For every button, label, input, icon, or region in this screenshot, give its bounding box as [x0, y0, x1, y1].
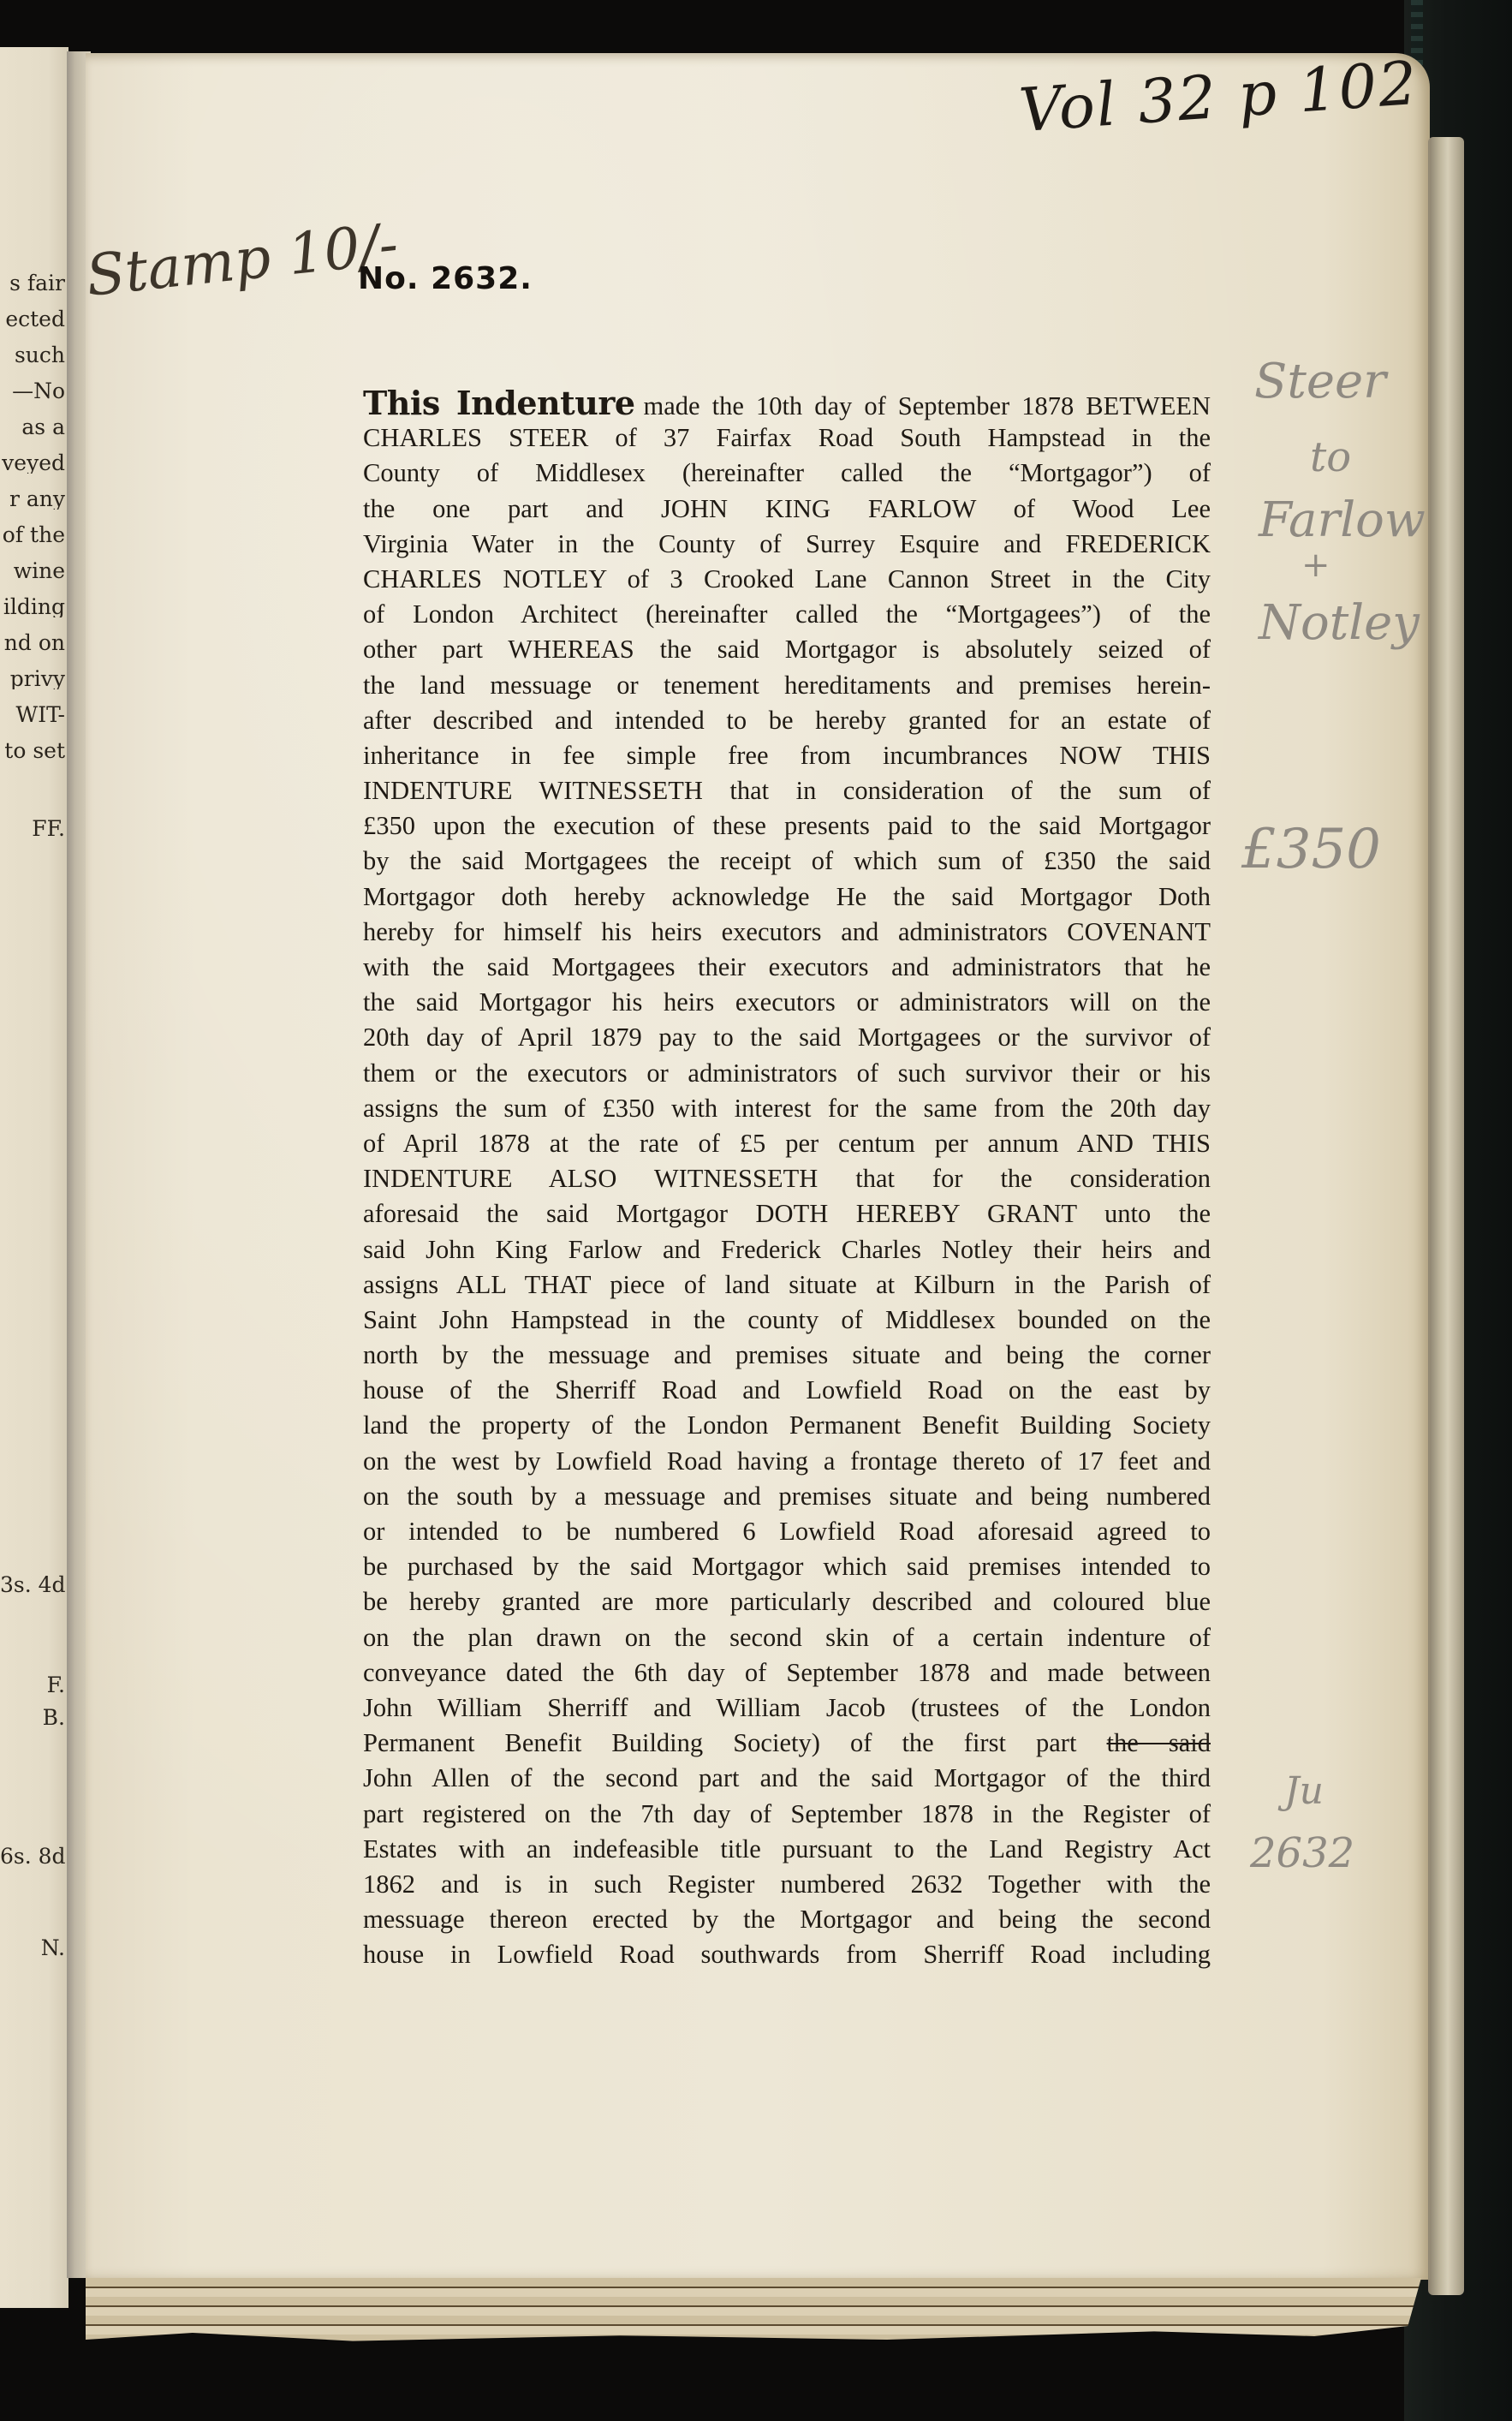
indenture-line: Virginia Water in the County of Surrey E… [363, 527, 1211, 562]
indenture-line: inheritance in fee simple free from incu… [363, 738, 1211, 773]
indenture-line: John William Sherriff and William Jacob … [363, 1691, 1211, 1726]
indenture-line: £350 upon the execution of these present… [363, 808, 1211, 844]
indenture-line: assigns ALL THAT piece of land situate a… [363, 1267, 1211, 1303]
left-page-fragment: WIT- [0, 704, 65, 725]
indenture-line: on the south by a messuage and premises … [363, 1479, 1211, 1514]
indenture-line: 20th day of April 1879 pay to the said M… [363, 1020, 1211, 1055]
indenture-line: house in Lowfield Road southwards from S… [363, 1937, 1211, 1972]
indenture-line: messuage thereon erected by the Mortgago… [363, 1902, 1211, 1937]
indenture-line: conveyance dated the 6th day of Septembe… [363, 1655, 1211, 1691]
indenture-line: CHARLES NOTLEY of 3 Crooked Lane Cannon … [363, 562, 1211, 597]
left-page-fragment: r any [0, 488, 65, 510]
left-page-fragment: —No [0, 380, 65, 402]
indenture-line-1: This Indenturemade the 10th day of Septe… [363, 385, 1211, 420]
left-page-fragment: 3s. 4d. [0, 1574, 65, 1595]
indenture-line: Estates with an indefeasible title pursu… [363, 1832, 1211, 1867]
left-page-fragment: of the [0, 524, 65, 546]
margin-note-register-label: Ju [1284, 1773, 1324, 1810]
indenture-line: said John King Farlow and Frederick Char… [363, 1232, 1211, 1267]
indenture-line: house of the Sherriff Road and Lowfield … [363, 1373, 1211, 1408]
margin-note-steer: Steer [1254, 358, 1386, 406]
left-page-fragment: ilding [0, 596, 65, 617]
indenture-line: Saint John Hampstead in the county of Mi… [363, 1303, 1211, 1338]
indenture-line: 1862 and is in such Register numbered 26… [363, 1867, 1211, 1902]
indenture-line: INDENTURE ALSO WITNESSETH that for the c… [363, 1161, 1211, 1196]
indenture-line: the one part and JOHN KING FARLOW of Woo… [363, 492, 1211, 527]
indenture-body: This Indenturemade the 10th day of Septe… [363, 385, 1211, 1972]
indenture-line: aforesaid the said Mortgagor DOTH HEREBY… [363, 1196, 1211, 1231]
indenture-line: land the property of the London Permanen… [363, 1408, 1211, 1443]
margin-note-to: to [1310, 437, 1351, 478]
margin-note-plus: + [1301, 548, 1330, 582]
margin-note-notley: Notley [1259, 599, 1420, 647]
left-page-fragment: ected [0, 308, 65, 330]
indenture-opening: This Indenture [363, 384, 635, 422]
left-page-fragment: N. [0, 1937, 65, 1959]
indenture-line: County of Middlesex (hereinafter called … [363, 456, 1211, 491]
indenture-line: CHARLES STEER of 37 Fairfax Road South H… [363, 420, 1211, 456]
silk-repair-tape [1428, 137, 1464, 2295]
indenture-line: the said Mortgagor his heirs executors o… [363, 985, 1211, 1020]
indenture-line-with-strikeout: Permanent Benefit Building Society) of t… [363, 1726, 1211, 1761]
indenture-line: other part WHEREAS the said Mortgagor is… [363, 632, 1211, 667]
margin-note-farlow: Farlow [1259, 497, 1426, 545]
indenture-line: be purchased by the said Mortgagor which… [363, 1549, 1211, 1584]
page-stack-edges [86, 2278, 1421, 2346]
indenture-line: the land messuage or tenement hereditame… [363, 668, 1211, 703]
indenture-line: or intended to be numbered 6 Lowfield Ro… [363, 1514, 1211, 1549]
margin-note-amount: £350 [1241, 822, 1381, 877]
indenture-line: by the said Mortgagees the receipt of wh… [363, 844, 1211, 879]
indenture-line: after described and intended to be hereb… [363, 703, 1211, 738]
indenture-line: hereby for himself his heirs executors a… [363, 915, 1211, 950]
left-page-fragment: such [0, 344, 65, 366]
left-page-fragment: B. [0, 1707, 65, 1728]
indenture-line: north by the messuage and premises situa… [363, 1338, 1211, 1373]
left-page-fragment: privy [0, 668, 65, 689]
indenture-line: be hereby granted are more particularly … [363, 1584, 1211, 1619]
left-page-fragment: as a [0, 416, 65, 438]
indenture-line: Mortgagor doth hereby acknowledge He the… [363, 880, 1211, 915]
indenture-line: John Allen of the second part and the sa… [363, 1761, 1211, 1796]
indenture-line: INDENTURE WITNESSETH that in considerati… [363, 773, 1211, 808]
indenture-line: them or the executors or administrators … [363, 1056, 1211, 1091]
indenture-line: of April 1878 at the rate of £5 per cent… [363, 1126, 1211, 1161]
indenture-line: part registered on the 7th day of Septem… [363, 1797, 1211, 1832]
left-page-fragment: F. [0, 1674, 65, 1696]
margin-note-register-number: 2632 [1250, 1833, 1354, 1874]
left-page-fragment: 6s. 8d. [0, 1846, 65, 1867]
left-page-fragment: veyed [0, 452, 65, 474]
document-number: No. 2632. [358, 261, 533, 296]
left-page-fragment: s fair [0, 272, 65, 294]
indenture-line: of London Architect (hereinafter called … [363, 597, 1211, 632]
left-page-fragment: to set [0, 740, 65, 761]
indenture-line: assigns the sum of £350 with interest fo… [363, 1091, 1211, 1126]
indenture-line: with the said Mortgagees their executors… [363, 950, 1211, 985]
indenture-line: on the west by Lowfield Road having a fr… [363, 1444, 1211, 1479]
left-page-fragment: nd on [0, 632, 65, 653]
left-page-fragment: FF. [0, 818, 65, 839]
indenture-line: on the plan drawn on the second skin of … [363, 1620, 1211, 1655]
left-page-fragment: wine [0, 560, 65, 581]
struck-out-text: the said [1107, 1728, 1211, 1757]
